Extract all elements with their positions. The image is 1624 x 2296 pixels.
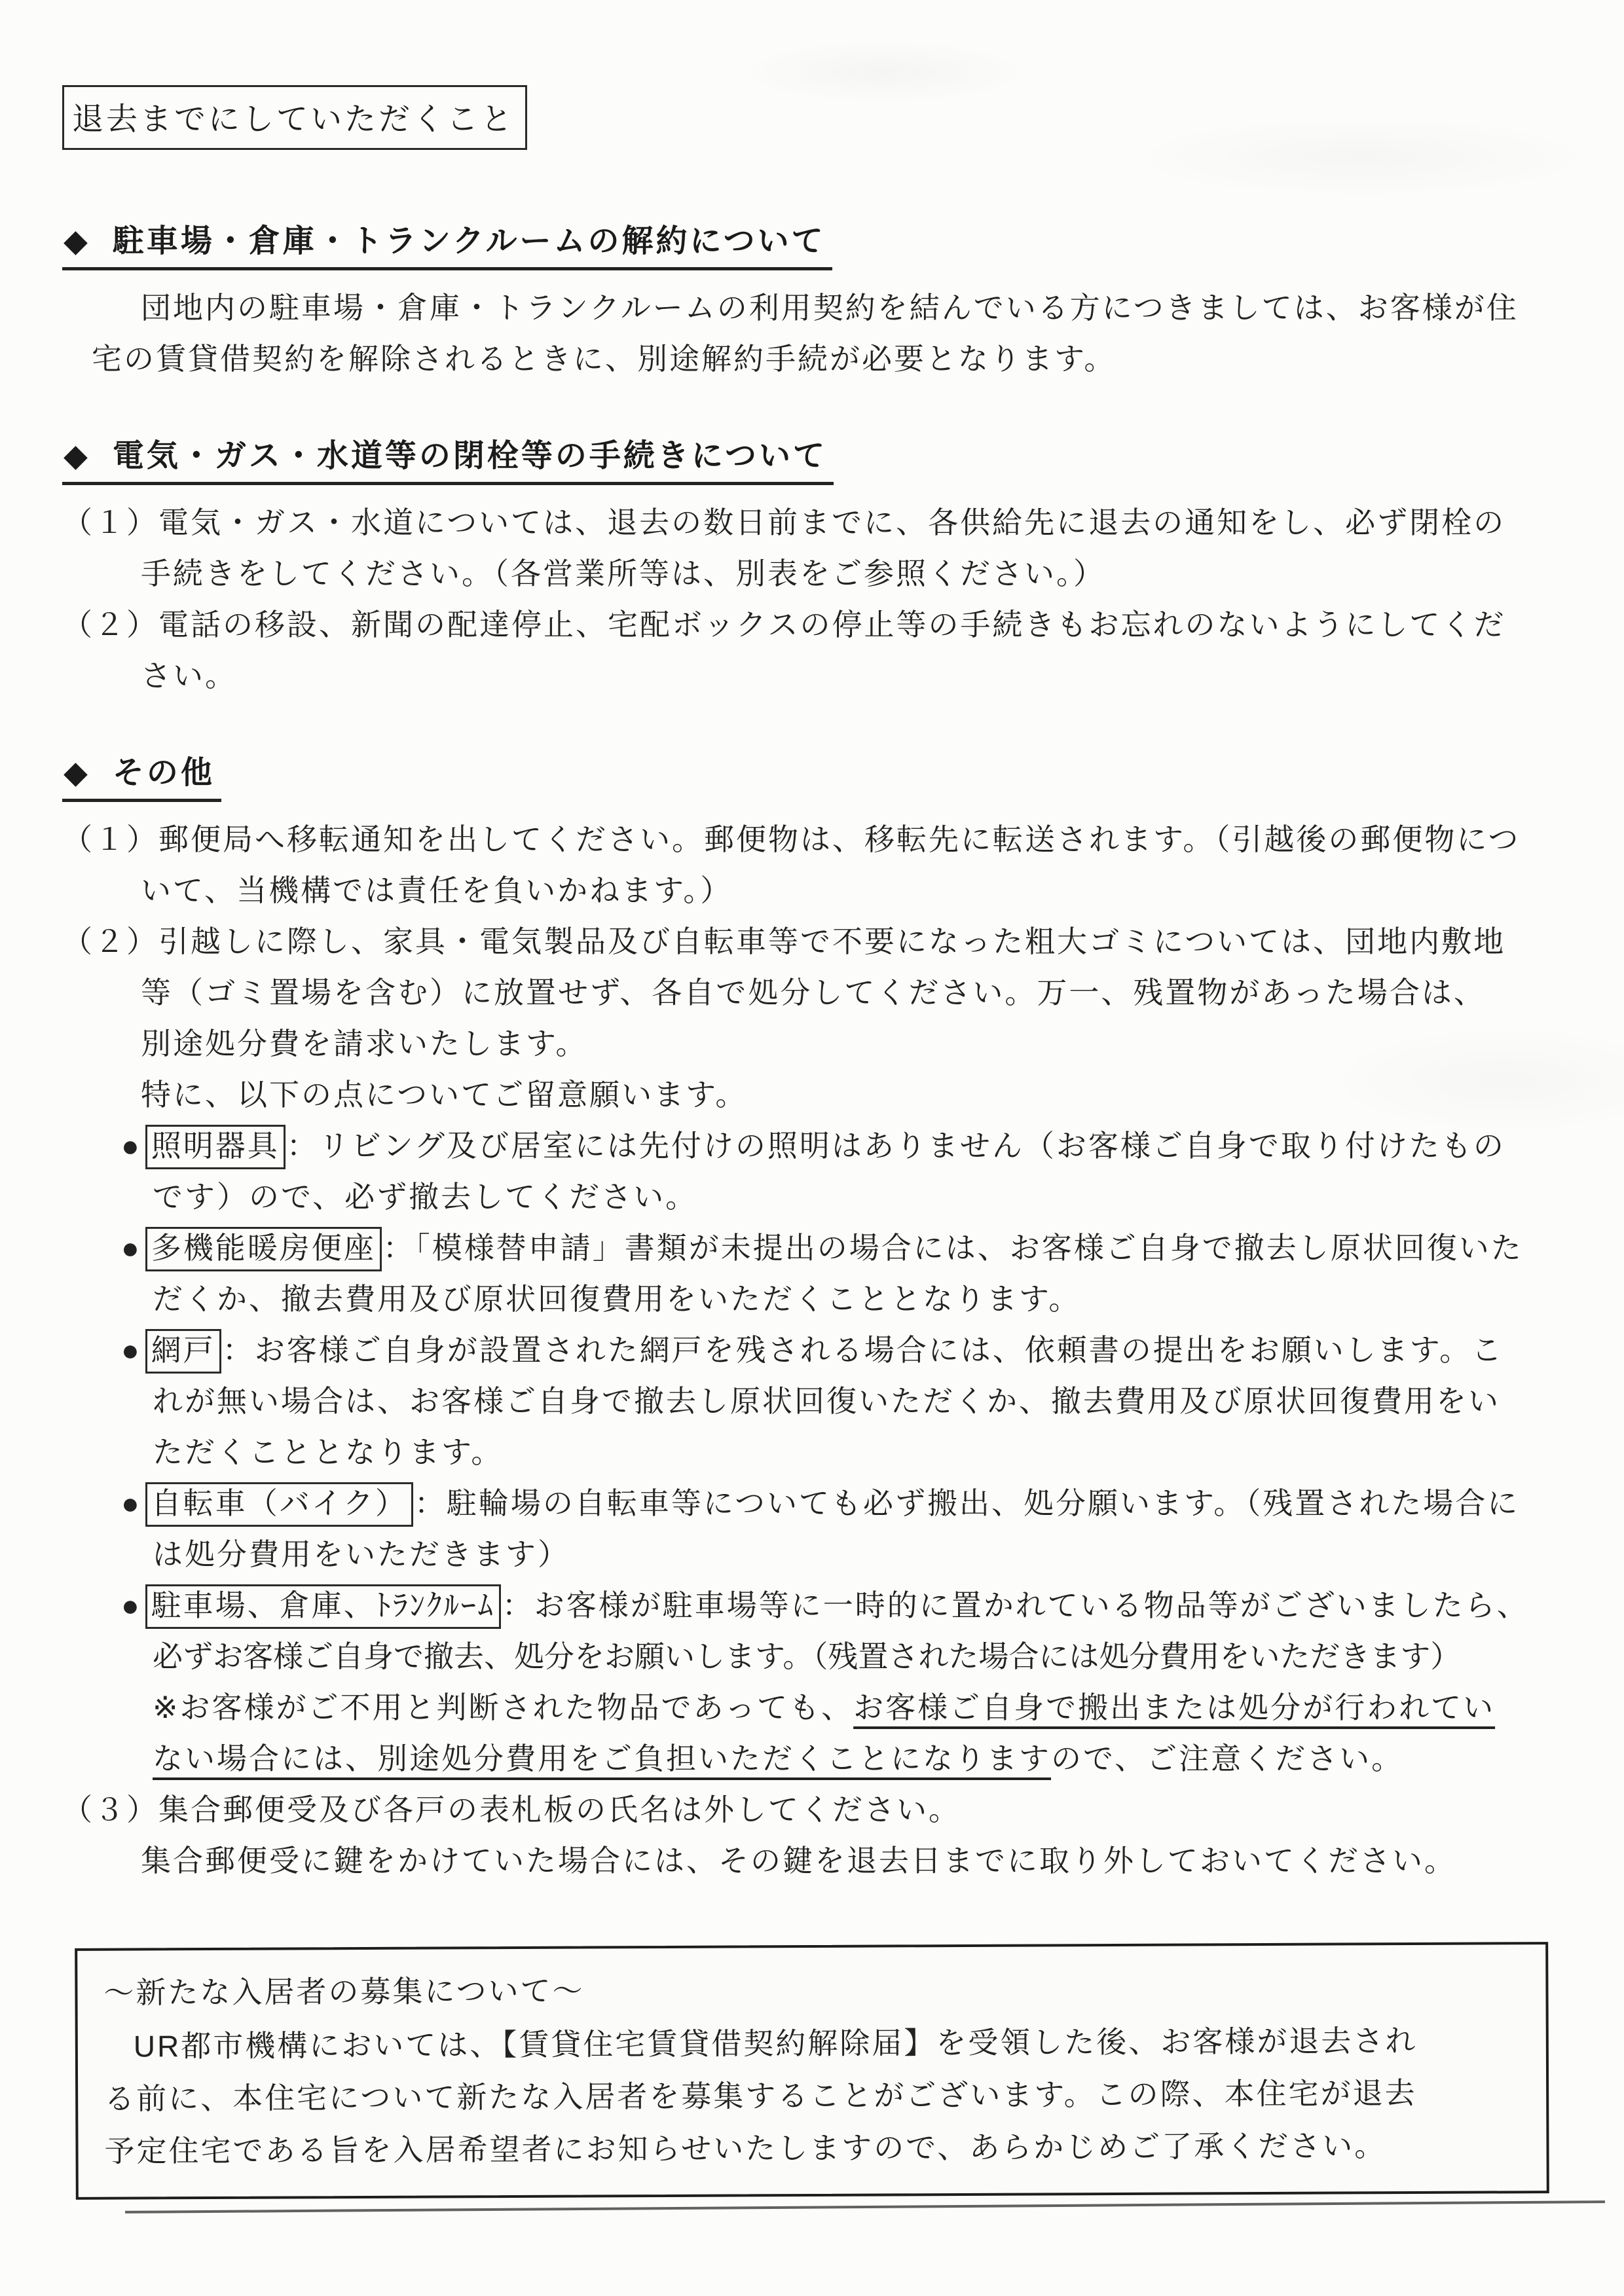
bullet-item-line: は処分費用をいただきます） [121,1529,1562,1580]
diamond-icon: ◆ [64,756,90,790]
item-label-box: 自転車（バイク） [145,1482,413,1527]
section-heading-other: ◆その他 [62,747,1562,802]
attention-bullet-list: ●照明器具：リビング及び居室には先付けの照明はありません（お客様ご自身で取り付け… [121,1120,1562,1784]
list-item-line: 集合郵便受に鍵をかけていた場合には、その鍵を退去日までに取り外しておいてください… [62,1835,1562,1886]
bullet-item-line: 必ずお客様ご自身で撤去、処分をお願いします。（残置された場合には処分費用をいただ… [121,1631,1562,1682]
section-utilities-shutoff: ◆電気・ガス・水道等の閉栓等の手続きについて （１）電気・ガス・水道については、… [62,430,1562,701]
item-label-box: 照明器具 [145,1125,286,1169]
list-item-line: （１）電気・ガス・水道については、退去の数日前までに、各供給先に退去の通知をし、… [62,497,1562,548]
bullet-item-line: れが無い場合は、お客様ご自身で撤去し原状回復いただくか、撤去費用及び原状回復費用… [121,1376,1562,1427]
bullet-icon: ● [121,1588,141,1622]
list-item-line: （２）電話の移設、新聞の配達停止、宅配ボックスの停止等の手続きもお忘れのないよう… [62,599,1562,650]
item-label-box: 駐車場、倉庫、ﾄﾗﾝｸﾙｰﾑ [145,1584,501,1629]
section-heading-text: 電気・ガス・水道等の閉栓等の手続きについて [113,439,827,473]
section-heading-utilities: ◆電気・ガス・水道等の閉栓等の手続きについて [62,430,1562,485]
notice-box-line: UR都市機構においては、【賃貸住宅賃貸借契約解除届】を受領した後、お客様が退去さ… [104,2014,1520,2072]
bullet-item-line: です）ので、必ず撤去してください。 [121,1171,1562,1222]
notice-box-line: 予定住宅である旨を入居希望者にお知らせいたしますので、あらかじめご了承ください。 [104,2119,1520,2177]
list-item-line: 別途処分費を請求いたします。 [62,1018,1562,1069]
scan-artifact-line [125,2200,1605,2214]
bullet-item-line: だくか、撤去費用及び原状回復費用をいただくこととなります。 [121,1273,1562,1324]
bullet-icon: ● [121,1333,141,1367]
bullet-item-screen-door: ●網戸：お客様ご自身が設置された網戸を残される場合には、依頼書の提出をお願いしま… [121,1324,1562,1376]
underlined-text: お客様ご自身で搬出または処分が行われてい [853,1690,1495,1724]
bullet-item-bicycle: ●自転車（バイク）：駐輪場の自転車等についても必ず搬出、処分願います。（残置され… [121,1478,1562,1529]
list-item-line: （１）郵便局へ移転通知を出してください。郵便物は、移転先に転送されます。（引越後… [62,814,1562,865]
bullet-icon: ● [121,1129,141,1163]
notice-box-title: ～新たな入居者の募集について～ [103,1959,1519,2020]
bullet-item-note-line: ※お客様がご不用と判断された物品であっても、お客様ご自身で搬出または処分が行われ… [121,1682,1562,1733]
section-other: ◆その他 （１）郵便局へ移転通知を出してください。郵便物は、移転先に転送されます… [62,747,1562,1886]
diamond-icon: ◆ [64,439,90,473]
item-label-box: 網戸 [145,1329,221,1374]
list-item-line: さい。 [62,650,1562,701]
underlined-text: ない場合には、別途処分費用をご負担いただくことになります [153,1741,1051,1776]
notice-box-new-tenants: ～新たな入居者の募集について～ UR都市機構においては、【賃貸住宅賃貸借契約解除… [75,1942,1549,2200]
bullet-icon: ● [121,1231,141,1265]
bullet-item-toilet-seat: ●多機能暖房便座：「模様替申請」書類が未提出の場合には、お客様ご自身で撤去し原状… [121,1222,1562,1273]
list-item-line: 手続きをしてください。（各営業所等は、別表をご参照ください。） [62,548,1562,599]
list-item-line: （２）引越しに際し、家具・電気製品及び自転車等で不要になった粗大ゴミについては、… [62,916,1562,967]
item-number: （２） [62,924,158,958]
diamond-icon: ◆ [64,224,90,259]
item-number: （１） [62,822,158,856]
list-item-line: 等（ゴミ置場を含む）に放置せず、各自で処分してください。万一、残置物があった場合… [62,967,1562,1018]
paragraph-line: 団地内の駐車場・倉庫・トランクルームの利用契約を結んでいる方につきましては、お客… [62,282,1562,333]
item-number: （２） [62,608,158,642]
bullet-item-lighting: ●照明器具：リビング及び居室には先付けの照明はありません（お客様ご自身で取り付け… [121,1120,1562,1171]
bullet-item-note-line: ない場合には、別途処分費用をご負担いただくことになりますので、ご注意ください。 [121,1733,1562,1784]
list-item-line: （３）集合郵便受及び各戸の表札板の氏名は外してください。 [62,1784,1562,1835]
item-number: （３） [62,1793,158,1827]
section-parking-cancellation: ◆駐車場・倉庫・トランクルームの解約について 団地内の駐車場・倉庫・トランクルー… [62,215,1562,384]
document-content: 退去までにしていただくこと ◆駐車場・倉庫・トランクルームの解約について 団地内… [0,0,1624,2208]
section-heading-text: 駐車場・倉庫・トランクルームの解約について [113,224,826,259]
section-heading-text: その他 [113,756,215,790]
item-label-box: 多機能暖房便座 [145,1227,382,1271]
item-number: （１） [62,505,158,539]
page-title: 退去までにしていただくこと [62,85,527,150]
bullet-icon: ● [121,1486,141,1520]
bullet-item-line: ただくこととなります。 [121,1427,1562,1478]
paragraph-line: 宅の賃貸借契約を解除されるときに、別途解約手続が必要となります。 [62,333,1562,384]
bullet-item-parking-storage: ●駐車場、倉庫、ﾄﾗﾝｸﾙｰﾑ：お客様が駐車場等に一時的に置かれている物品等がご… [121,1580,1562,1631]
list-item-line: いて、当機構では責任を負いかねます。） [62,865,1562,916]
scanned-document-page: 退去までにしていただくこと ◆駐車場・倉庫・トランクルームの解約について 団地内… [0,0,1624,2296]
section-heading-parking: ◆駐車場・倉庫・トランクルームの解約について [62,215,1562,270]
notice-box-line: る前に、本住宅について新たな入居者を募集することがございます。この際、本住宅が退… [104,2066,1520,2124]
list-item-line: 特に、以下の点についてご留意願います。 [62,1069,1562,1120]
